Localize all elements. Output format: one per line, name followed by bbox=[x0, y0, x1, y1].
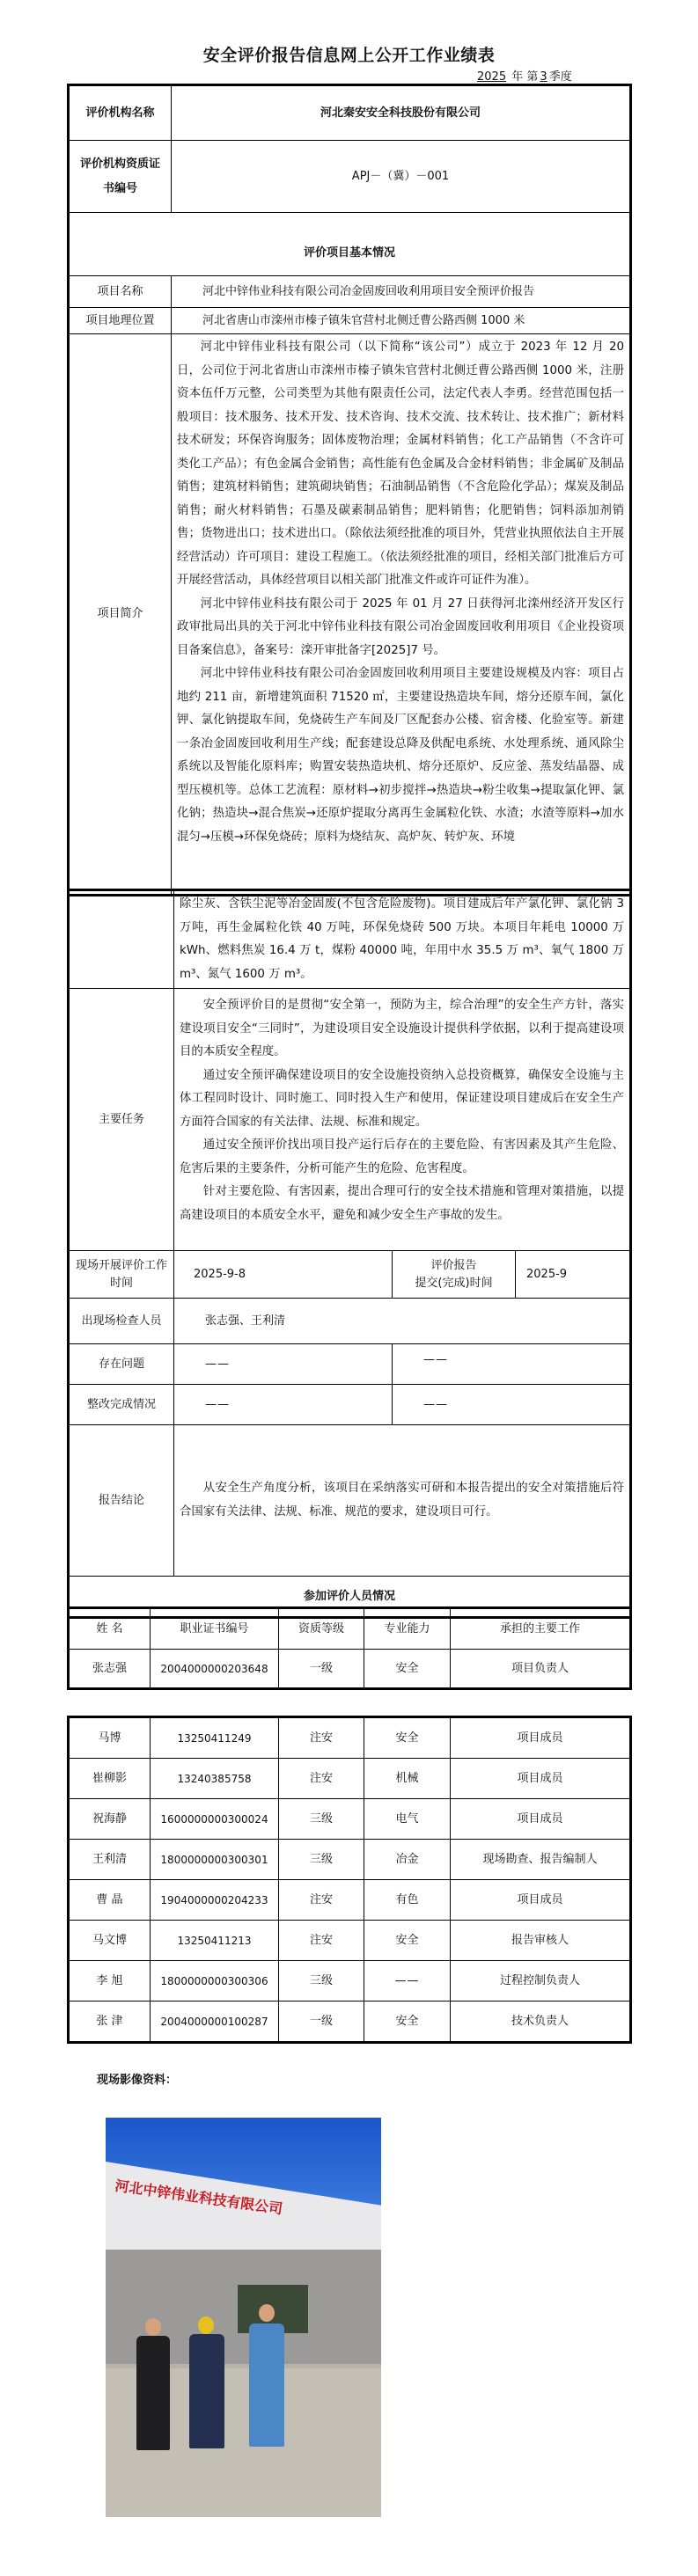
org-name-label: 评价机构名称 bbox=[70, 86, 172, 141]
site-photos-label: 现场影像资料： bbox=[97, 2070, 177, 2087]
staff-name: 张志强 bbox=[70, 1650, 151, 1688]
staff-level: 一级 bbox=[279, 1650, 364, 1688]
quarter-value: 3 bbox=[538, 70, 548, 84]
staff-level: 一级 bbox=[279, 2002, 364, 2042]
staff-level: 三级 bbox=[279, 1799, 364, 1840]
staff-cert: 1904000000204233 bbox=[151, 1880, 279, 1921]
project-location-label: 项目地理位置 bbox=[70, 308, 172, 334]
staff-level: 注安 bbox=[279, 1880, 364, 1921]
staff-specialty: —— bbox=[364, 1961, 451, 2002]
conclusion-row: 报告结论 从安全生产角度分析，该项目在采纳落实可研和本报告提出的安全对策措施后符… bbox=[70, 1425, 630, 1577]
staff-name: 王利清 bbox=[70, 1840, 151, 1880]
main-tasks-content: 安全预评价目的是贯彻“安全第一，预防为主，综合治理”的安全生产方针，落实建设项目… bbox=[174, 989, 630, 1251]
document-title: 安全评价报告信息网上公开工作业绩表 bbox=[0, 42, 698, 66]
report-time-label-line1: 评价报告 bbox=[398, 1257, 510, 1275]
staff-role: 现场勘查、报告编制人 bbox=[451, 1840, 630, 1880]
project-intro-content: 河北中锌伟业科技有限公司（以下简称“该公司”）成立于 2023 年 12 月 2… bbox=[172, 334, 630, 895]
issues-label: 存在问题 bbox=[70, 1344, 174, 1385]
staff-row: 李 旭 1800000000300306 三级 —— 过程控制负责人 bbox=[70, 1961, 630, 2002]
performance-table-part1: 评价机构名称 河北秦安安全科技股份有限公司 评价机构资质证书编号 APJ－（冀）… bbox=[69, 85, 630, 895]
timing-row: 现场开展评价工作时间 2025-9-8 评价报告 提交(完成)时间 2025-9 bbox=[70, 1251, 630, 1299]
issues-row: 存在问题 —— —— bbox=[70, 1344, 630, 1385]
report-period: 2025 年 第3季度 bbox=[475, 67, 678, 84]
rectify-label: 整改完成情况 bbox=[70, 1385, 174, 1425]
issues-value-left: —— bbox=[174, 1344, 393, 1385]
site-photo: 河北中锌伟业科技有限公司 bbox=[106, 2118, 381, 2517]
staff-name: 李 旭 bbox=[70, 1961, 151, 2002]
staff-cert: 13250411249 bbox=[151, 1718, 279, 1759]
photo-person bbox=[189, 2334, 224, 2448]
site-time-value: 2025-9-8 bbox=[174, 1251, 393, 1299]
main-tasks-row: 主要任务 安全预评价目的是贯彻“安全第一，预防为主，综合治理”的安全生产方针，落… bbox=[70, 989, 630, 1251]
staff-specialty: 安全 bbox=[364, 1921, 451, 1961]
quarter-suffix: 季度 bbox=[549, 70, 572, 84]
staff-cert: 1600000000300024 bbox=[151, 1799, 279, 1840]
project-name-row: 项目名称 河北中锌伟业科技有限公司冶金固废回收利用项目安全预评价报告 bbox=[70, 276, 630, 308]
intro-continued-content: 除尘灰、含铁尘泥等冶金固废(不包含危险废物)。项目建成后年产氯化钾、氯化钠 3 … bbox=[174, 891, 630, 989]
report-time-label-line2: 提交(完成)时间 bbox=[398, 1275, 510, 1292]
project-location-value: 河北省唐山市滦州市榛子镇朱官营村北侧迁曹公路西侧 1000 米 bbox=[172, 308, 630, 334]
staff-level: 注安 bbox=[279, 1718, 364, 1759]
column-header-role: 承担的主要工作 bbox=[451, 1609, 630, 1650]
project-intro-continued-row: 除尘灰、含铁尘泥等冶金固废(不包含危险废物)。项目建成后年产氯化钾、氯化钠 3 … bbox=[70, 891, 630, 989]
staff-cert: 1800000000300301 bbox=[151, 1840, 279, 1880]
staff-name: 张 津 bbox=[70, 2002, 151, 2042]
project-intro-row: 项目简介 河北中锌伟业科技有限公司（以下简称“该公司”）成立于 2023 年 1… bbox=[70, 334, 630, 895]
photo-person-head bbox=[145, 2318, 161, 2336]
site-time-label: 现场开展评价工作时间 bbox=[70, 1251, 174, 1299]
staff-specialty: 安全 bbox=[364, 1650, 451, 1688]
staff-cert: 2004000000100287 bbox=[151, 2002, 279, 2042]
column-header-name: 姓 名 bbox=[70, 1609, 151, 1650]
conclusion-content: 从安全生产角度分析，该项目在采纳落实可研和本报告提出的安全对策措施后符合国家有关… bbox=[174, 1425, 630, 1577]
staff-row: 王利清 1800000000300301 三级 冶金 现场勘查、报告编制人 bbox=[70, 1840, 630, 1880]
staff-name: 马文博 bbox=[70, 1921, 151, 1961]
photo-person bbox=[136, 2336, 170, 2450]
org-name-value: 河北秦安安全科技股份有限公司 bbox=[172, 86, 630, 141]
staff-row: 崔柳影 13240385758 注安 机械 项目成员 bbox=[70, 1759, 630, 1799]
inspectors-value: 张志强、王利清 bbox=[174, 1299, 630, 1344]
staff-level: 注安 bbox=[279, 1759, 364, 1799]
staff-name: 祝海静 bbox=[70, 1799, 151, 1840]
conclusion-label: 报告结论 bbox=[70, 1425, 174, 1577]
report-time-value: 2025-9 bbox=[516, 1251, 630, 1299]
staff-specialty: 安全 bbox=[364, 1718, 451, 1759]
rectify-value-right: —— bbox=[393, 1385, 630, 1425]
report-time-label: 评价报告 提交(完成)时间 bbox=[393, 1251, 516, 1299]
year-suffix: 年 bbox=[511, 70, 523, 84]
project-section-title: 评价项目基本情况 bbox=[70, 213, 630, 276]
intro-paragraph: 河北中锌伟业科技有限公司（以下简称“该公司”）成立于 2023 年 12 月 2… bbox=[177, 336, 624, 593]
staff-role: 项目负责人 bbox=[451, 1650, 630, 1688]
staff-role: 项目成员 bbox=[451, 1799, 630, 1840]
staff-name: 马博 bbox=[70, 1718, 151, 1759]
staff-specialty: 机械 bbox=[364, 1759, 451, 1799]
task-paragraph: 针对主要危险、有害因素，提出合理可行的安全技术措施和管理对策措施，以提高建设项目… bbox=[180, 1181, 624, 1227]
staff-cert: 1800000000300306 bbox=[151, 1961, 279, 2002]
project-section-header: 评价项目基本情况 bbox=[70, 213, 630, 276]
main-tasks-label: 主要任务 bbox=[70, 989, 174, 1251]
staff-specialty: 冶金 bbox=[364, 1840, 451, 1880]
intro-paragraph: 河北中锌伟业科技有限公司冶金固废回收利用项目主要建设规模及内容：项目占地约 21… bbox=[177, 662, 624, 849]
conclusion-text: 从安全生产角度分析，该项目在采纳落实可研和本报告提出的安全对策措施后符合国家有关… bbox=[180, 1477, 624, 1524]
issues-value-right: —— bbox=[393, 1344, 630, 1385]
staff-cert: 13240385758 bbox=[151, 1759, 279, 1799]
staff-specialty: 安全 bbox=[364, 2002, 451, 2042]
org-name-row: 评价机构名称 河北秦安安全科技股份有限公司 bbox=[70, 86, 630, 141]
org-cert-row: 评价机构资质证书编号 APJ－（冀）－001 bbox=[70, 141, 630, 213]
project-name-label: 项目名称 bbox=[70, 276, 172, 308]
staff-row: 马文博 13250411213 注安 安全 报告审核人 bbox=[70, 1921, 630, 1961]
staff-specialty: 电气 bbox=[364, 1799, 451, 1840]
staff-table-part1: 姓 名 职业证书编号 资质等级 专业能力 承担的主要工作 张志强 2004000… bbox=[69, 1608, 630, 1688]
year-value: 2025 bbox=[475, 70, 508, 84]
staff-role: 项目成员 bbox=[451, 1718, 630, 1759]
staff-role: 项目成员 bbox=[451, 1880, 630, 1921]
staff-name: 曹 晶 bbox=[70, 1880, 151, 1921]
column-header-specialty: 专业能力 bbox=[364, 1609, 451, 1650]
column-header-level: 资质等级 bbox=[279, 1609, 364, 1650]
task-paragraph: 安全预评价目的是贯彻“安全第一，预防为主，综合治理”的安全生产方针，落实建设项目… bbox=[180, 994, 624, 1065]
intro-continued-label-empty bbox=[70, 891, 174, 989]
staff-row: 祝海静 1600000000300024 三级 电气 项目成员 bbox=[70, 1799, 630, 1840]
column-header-cert: 职业证书编号 bbox=[151, 1609, 279, 1650]
org-cert-value: APJ－（冀）－001 bbox=[172, 141, 630, 213]
rectify-value-left: —— bbox=[174, 1385, 393, 1425]
staff-row: 张 津 2004000000100287 一级 安全 技术负责人 bbox=[70, 2002, 630, 2042]
staff-row: 马博 13250411249 注安 安全 项目成员 bbox=[70, 1718, 630, 1759]
staff-level: 三级 bbox=[279, 1840, 364, 1880]
photo-person-head bbox=[259, 2304, 275, 2322]
inspectors-label: 出现场检查人员 bbox=[70, 1299, 174, 1344]
intro-continued-text: 除尘灰、含铁尘泥等冶金固废(不包含危险废物)。项目建成后年产氯化钾、氯化钠 3 … bbox=[180, 893, 624, 986]
staff-header-row: 姓 名 职业证书编号 资质等级 专业能力 承担的主要工作 bbox=[70, 1609, 630, 1650]
staff-row: 曹 晶 1904000000204233 注安 有色 项目成员 bbox=[70, 1880, 630, 1921]
inspectors-row: 出现场检查人员 张志强、王利清 bbox=[70, 1299, 630, 1344]
staff-row: 张志强 2004000000203648 一级 安全 项目负责人 bbox=[70, 1650, 630, 1688]
staff-name: 崔柳影 bbox=[70, 1759, 151, 1799]
staff-specialty: 有色 bbox=[364, 1880, 451, 1921]
staff-level: 三级 bbox=[279, 1961, 364, 2002]
rectify-row: 整改完成情况 —— —— bbox=[70, 1385, 630, 1425]
project-intro-label: 项目简介 bbox=[70, 334, 172, 895]
project-location-row: 项目地理位置 河北省唐山市滦州市榛子镇朱官营村北侧迁曹公路西侧 1000 米 bbox=[70, 308, 630, 334]
task-paragraph: 通过安全预评价找出项目投产运行后存在的主要危险、有害因素及其产生危险、危害后果的… bbox=[180, 1134, 624, 1181]
org-cert-label: 评价机构资质证书编号 bbox=[70, 141, 172, 213]
staff-role: 项目成员 bbox=[451, 1759, 630, 1799]
photo-person bbox=[249, 2324, 284, 2447]
staff-cert: 2004000000203648 bbox=[151, 1650, 279, 1688]
staff-cert: 13250411213 bbox=[151, 1921, 279, 1961]
staff-table-part2: 马博 13250411249 注安 安全 项目成员 崔柳影 1324038575… bbox=[69, 1717, 630, 2042]
photo-person-helmet bbox=[198, 2316, 214, 2334]
project-name-value: 河北中锌伟业科技有限公司冶金固废回收利用项目安全预评价报告 bbox=[172, 276, 630, 308]
intro-paragraph: 河北中锌伟业科技有限公司于 2025 年 01 月 27 日获得河北滦州经济开发… bbox=[177, 593, 624, 663]
quarter-prefix: 第 bbox=[526, 70, 538, 84]
performance-table-part2: 除尘灰、含铁尘泥等冶金固废(不包含危险废物)。项目建成后年产氯化钾、氯化钠 3 … bbox=[69, 890, 630, 1617]
staff-role: 过程控制负责人 bbox=[451, 1961, 630, 2002]
staff-level: 注安 bbox=[279, 1921, 364, 1961]
staff-role: 技术负责人 bbox=[451, 2002, 630, 2042]
task-paragraph: 通过安全预评确保建设项目的安全设施投资纳入总投资概算，确保安全设施与主体工程同时… bbox=[180, 1065, 624, 1135]
staff-role: 报告审核人 bbox=[451, 1921, 630, 1961]
